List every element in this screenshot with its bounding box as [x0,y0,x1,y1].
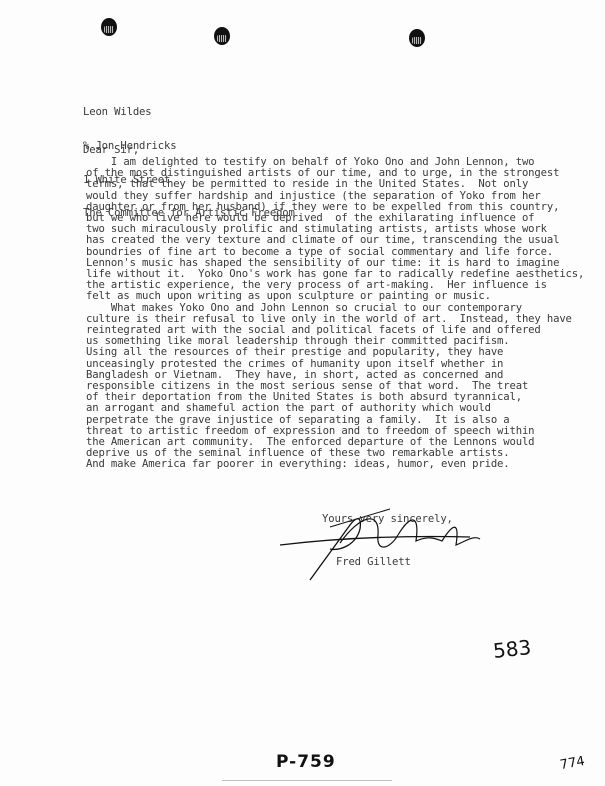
handwritten-signature [270,505,510,585]
punch-hole [214,27,230,45]
letter-body-line: felt as much upon writing as upon sculpt… [86,291,584,302]
letter-body-line: And make America far poorer in everythin… [86,459,584,470]
typed-signature-name: Fred Gillett [336,557,411,568]
handwritten-margin-number: 583 [492,635,532,663]
handwritten-file-number: P-759 [276,752,336,772]
handwritten-page-number: 774 [559,754,586,773]
letter-body-line: Using all the resources of their prestig… [86,347,584,358]
letter-body-line: terms, that they be permitted to reside … [86,179,584,190]
punch-hole [409,29,425,47]
letter-body-line: has created the very texture and climate… [86,235,584,246]
salutation: Dear Sir, [83,145,139,156]
letter-body-line: an arrogant and shameful action the part… [86,403,584,414]
letter-body: I am delighted to testify on behalf of Y… [86,157,584,471]
address-line: Leon Wildes [83,107,295,118]
scanned-letter-page: Leon Wildes % Jon Hendricks 1 White Stre… [0,0,605,786]
punch-hole [101,18,117,36]
scan-artifact-line [222,780,392,781]
